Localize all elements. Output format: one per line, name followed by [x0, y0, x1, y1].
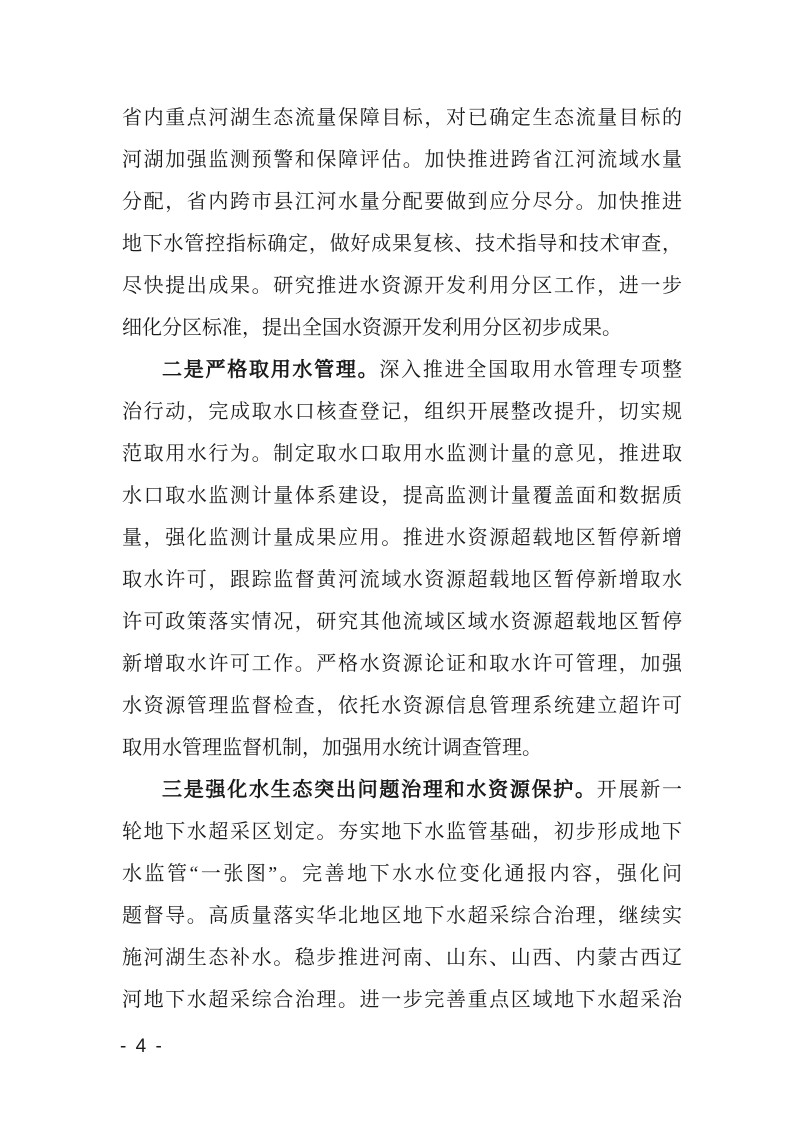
text-line: 尽快提出成果。研究推进水资源开发利用分区工作，进一步 [122, 265, 682, 307]
text-line: 水资源管理监督检查，依托水资源信息管理系统建立超许可 [122, 685, 682, 727]
page-number: - 4 - [120, 1026, 164, 1068]
body-text-run: 取用水管理监督机制，加强用水统计调查管理。 [122, 737, 542, 759]
text-line: 三是强化水生态突出问题治理和水资源保护。开展新一 [122, 769, 682, 811]
text-line: 量，强化监测计量成果应用。推进水资源超载地区暂停新增 [122, 517, 682, 559]
body-text-run: 题督导。高质量落实华北地区地下水超采综合治理，继续实 [122, 905, 682, 927]
body-text-run: 取水许可，跟踪监督黄河流域水资源超载地区暂停新增取水 [122, 569, 682, 591]
section-heading-text: 二是严格取用水管理。 [162, 359, 379, 381]
text-line: 河湖加强监测预警和保障评估。加快推进跨省江河流域水量 [122, 139, 682, 181]
paragraph: 省内重点河湖生态流量保障目标，对已确定生态流量目标的河湖加强监测预警和保障评估。… [122, 97, 682, 349]
text-line: 治行动，完成取水口核查登记，组织开展整改提升，切实规 [122, 391, 682, 433]
body-text-run: 新增取水许可工作。严格水资源论证和取水许可管理，加强 [122, 653, 682, 675]
body-text-run: 治行动，完成取水口核查登记，组织开展整改提升，切实规 [122, 401, 682, 423]
body-text-run: 深入推进全国取用水管理专项整 [379, 359, 682, 381]
text-line: 范取用水行为。制定取水口取用水监测计量的意见，推进取 [122, 433, 682, 475]
text-line: 轮地下水超采区划定。夯实地下水监管基础，初步形成地下 [122, 811, 682, 853]
document-body: 省内重点河湖生态流量保障目标，对已确定生态流量目标的河湖加强监测预警和保障评估。… [122, 97, 682, 1021]
body-text-run: 分配，省内跨市县江河水量分配要做到应分尽分。加快推进 [122, 191, 682, 213]
body-text-run: 水口取水监测计量体系建设，提高监测计量覆盖面和数据质 [122, 485, 682, 507]
text-line: 河地下水超采综合治理。进一步完善重点区域地下水超采治 [122, 979, 682, 1021]
text-line: 二是严格取用水管理。深入推进全国取用水管理专项整 [122, 349, 682, 391]
body-text-run: 河湖加强监测预警和保障评估。加快推进跨省江河流域水量 [122, 149, 682, 171]
body-text-run: 许可政策落实情况，研究其他流域区域水资源超载地区暂停 [122, 611, 682, 633]
body-text-run: 范取用水行为。制定取水口取用水监测计量的意见，推进取 [122, 443, 682, 465]
section-heading-text: 三是强化水生态突出问题治理和水资源保护。 [162, 779, 597, 801]
body-text-run: 尽快提出成果。研究推进水资源开发利用分区工作，进一步 [122, 275, 682, 297]
text-line: 题督导。高质量落实华北地区地下水超采综合治理，继续实 [122, 895, 682, 937]
text-line: 施河湖生态补水。稳步推进河南、山东、山西、内蒙古西辽 [122, 937, 682, 979]
text-line: 地下水管控指标确定，做好成果复核、技术指导和技术审查， [122, 223, 682, 265]
body-text-run: 地下水管控指标确定，做好成果复核、技术指导和技术审查， [122, 233, 682, 255]
text-line: 许可政策落实情况，研究其他流域区域水资源超载地区暂停 [122, 601, 682, 643]
body-text-run: 河地下水超采综合治理。进一步完善重点区域地下水超采治 [122, 989, 682, 1011]
text-line: 水监管“一张图”。完善地下水水位变化通报内容，强化问 [122, 853, 682, 895]
text-line: 取水许可，跟踪监督黄河流域水资源超载地区暂停新增取水 [122, 559, 682, 601]
text-line: 省内重点河湖生态流量保障目标，对已确定生态流量目标的 [122, 97, 682, 139]
body-text-run: 量，强化监测计量成果应用。推进水资源超载地区暂停新增 [122, 527, 682, 549]
document-page: 省内重点河湖生态流量保障目标，对已确定生态流量目标的河湖加强监测预警和保障评估。… [0, 0, 800, 1131]
paragraph: 二是严格取用水管理。深入推进全国取用水管理专项整治行动，完成取水口核查登记，组织… [122, 349, 682, 769]
body-text-run: 开展新一 [597, 779, 682, 801]
body-text-run: 水监管“一张图”。完善地下水水位变化通报内容，强化问 [122, 863, 682, 885]
paragraph: 三是强化水生态突出问题治理和水资源保护。开展新一轮地下水超采区划定。夯实地下水监… [122, 769, 682, 1021]
body-text-run: 水资源管理监督检查，依托水资源信息管理系统建立超许可 [122, 695, 682, 717]
text-line: 分配，省内跨市县江河水量分配要做到应分尽分。加快推进 [122, 181, 682, 223]
text-line: 取用水管理监督机制，加强用水统计调查管理。 [122, 727, 682, 769]
body-text-run: 施河湖生态补水。稳步推进河南、山东、山西、内蒙古西辽 [122, 947, 682, 969]
body-text-run: 轮地下水超采区划定。夯实地下水监管基础，初步形成地下 [122, 821, 682, 843]
body-text-run: 省内重点河湖生态流量保障目标，对已确定生态流量目标的 [122, 107, 682, 129]
body-text-run: 细化分区标准，提出全国水资源开发利用分区初步成果。 [122, 317, 622, 339]
text-line: 水口取水监测计量体系建设，提高监测计量覆盖面和数据质 [122, 475, 682, 517]
text-line: 细化分区标准，提出全国水资源开发利用分区初步成果。 [122, 307, 682, 349]
text-line: 新增取水许可工作。严格水资源论证和取水许可管理，加强 [122, 643, 682, 685]
